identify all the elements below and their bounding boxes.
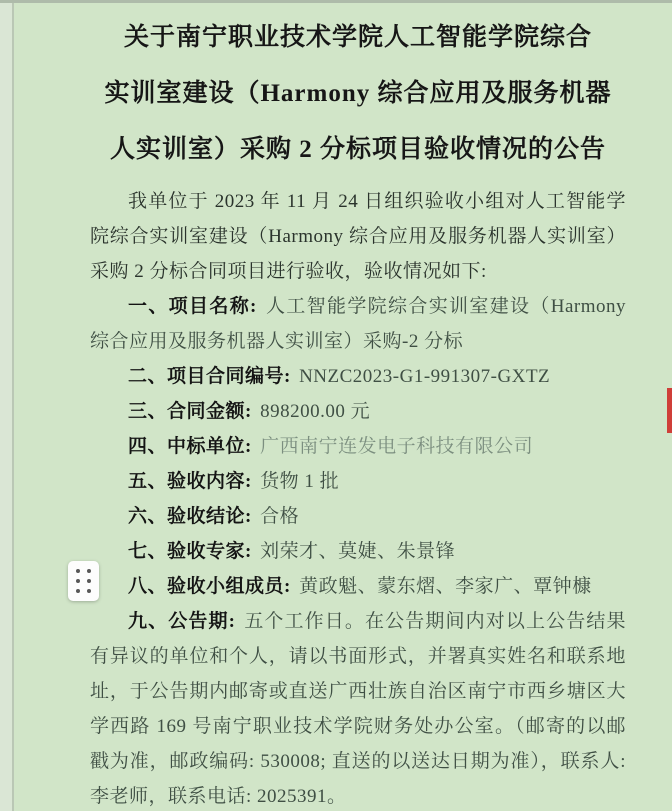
- item-acceptance-team: 八、验收小组成员: 黄政魁、蒙东熠、李家广、覃钟槺: [90, 569, 626, 604]
- item-announcement-period: 九、公告期: 五个工作日。在公告期间内对以上公告结果有异议的单位和个人，请以书面…: [90, 604, 626, 811]
- drag-handle[interactable]: [68, 561, 99, 601]
- document-title: 关于南宁职业技术学院人工智能学院综合 实训室建设（Harmony 综合应用及服务…: [90, 10, 626, 178]
- item-winning-bidder: 四、中标单位: 广西南宁连发电子科技有限公司: [90, 429, 626, 464]
- item-acceptance-content: 五、验收内容: 货物 1 批: [90, 464, 626, 499]
- item-value: 刘荣才、莫婕、朱景锋: [260, 541, 455, 562]
- document-body: 我单位于 2023 年 11 月 24 日组织验收小组对人工智能学院综合实训室建…: [90, 184, 626, 811]
- item-label: 五、验收内容:: [128, 471, 257, 492]
- item-value: 黄政魁、蒙东熠、李家广、覃钟槺: [299, 576, 592, 597]
- item-label: 七、验收专家:: [128, 541, 257, 562]
- item-value: 货物 1 批: [260, 471, 339, 492]
- item-value: NNZC2023-G1-991307-GXTZ: [299, 366, 550, 387]
- item-label: 四、中标单位:: [128, 436, 257, 457]
- item-value: 广西南宁连发电子科技有限公司: [260, 436, 533, 457]
- item-label: 九、公告期:: [128, 611, 241, 632]
- item-value: 五个工作日。在公告期间内对以上公告结果有异议的单位和个人，请以书面形式，并署真实…: [90, 611, 626, 807]
- left-margin-strip: [0, 0, 14, 811]
- item-acceptance-experts: 七、验收专家: 刘荣才、莫婕、朱景锋: [90, 534, 626, 569]
- document-page: 关于南宁职业技术学院人工智能学院综合 实训室建设（Harmony 综合应用及服务…: [14, 0, 672, 811]
- item-label: 八、验收小组成员:: [128, 576, 296, 597]
- intro-paragraph: 我单位于 2023 年 11 月 24 日组织验收小组对人工智能学院综合实训室建…: [90, 184, 626, 289]
- item-label: 三、合同金额:: [128, 401, 257, 422]
- document-title-line-2: 实训室建设（Harmony 综合应用及服务机器: [90, 66, 626, 122]
- scrollbar-thumb[interactable]: [667, 388, 672, 433]
- item-label: 六、验收结论:: [128, 506, 257, 527]
- item-project-name: 一、项目名称: 人工智能学院综合实训室建设（Harmony 综合应用及服务机器人…: [90, 289, 626, 359]
- item-value: 898200.00 元: [260, 401, 370, 422]
- item-contract-number: 二、项目合同编号: NNZC2023-G1-991307-GXTZ: [90, 359, 626, 394]
- document-content: 关于南宁职业技术学院人工智能学院综合 实训室建设（Harmony 综合应用及服务…: [14, 0, 672, 811]
- item-contract-amount: 三、合同金额: 898200.00 元: [90, 394, 626, 429]
- item-value: 合格: [260, 506, 299, 527]
- page-top-border: [0, 0, 672, 3]
- item-label: 一、项目名称:: [128, 296, 263, 317]
- document-title-line-1: 关于南宁职业技术学院人工智能学院综合: [90, 10, 626, 66]
- item-acceptance-conclusion: 六、验收结论: 合格: [90, 499, 626, 534]
- document-title-line-3: 人实训室）采购 2 分标项目验收情况的公告: [90, 122, 626, 178]
- six-dot-grip-icon: [76, 569, 91, 593]
- item-label: 二、项目合同编号:: [128, 366, 296, 387]
